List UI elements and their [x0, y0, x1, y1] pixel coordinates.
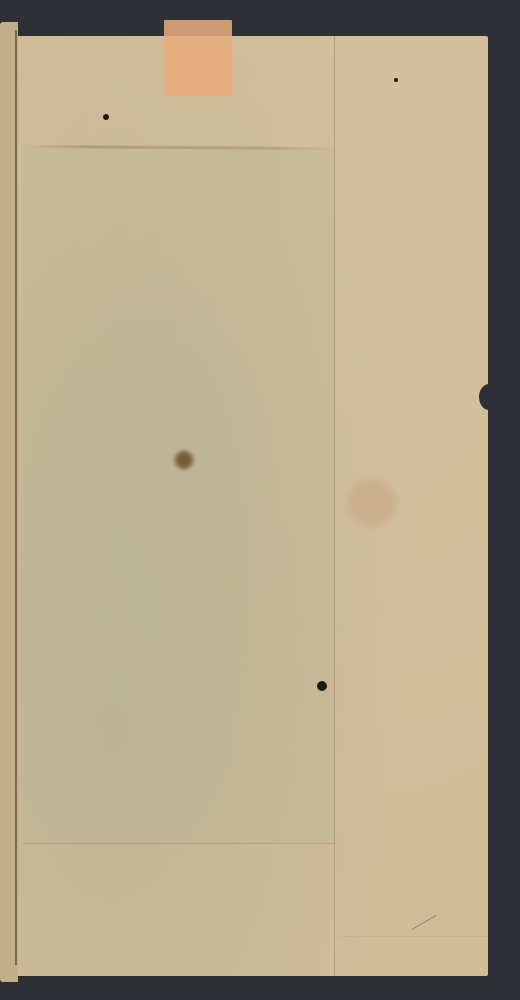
gutter-line — [15, 30, 17, 965]
ink-spot — [103, 114, 109, 120]
ink-spot — [394, 78, 398, 82]
folded-panel — [22, 148, 334, 844]
faded-orange-tab — [164, 20, 232, 96]
ink-spot — [175, 451, 193, 469]
bottom-flap — [340, 936, 488, 976]
vertical-fold-line — [334, 36, 335, 976]
paper-stain — [348, 479, 396, 527]
edge-notch — [479, 384, 499, 410]
paper-page — [18, 36, 488, 976]
ink-spot — [317, 681, 327, 691]
